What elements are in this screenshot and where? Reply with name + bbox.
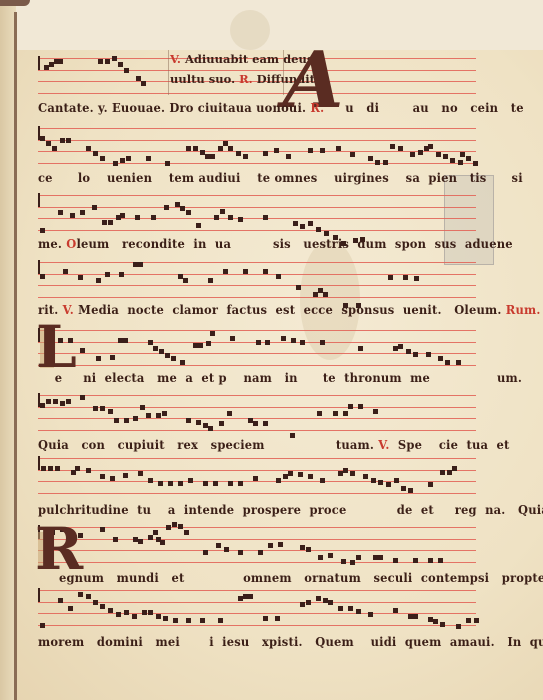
neume-note bbox=[40, 228, 45, 233]
neume-note bbox=[100, 406, 105, 411]
page-corner bbox=[0, 0, 30, 6]
lyric-text: pulchritudine tu a intende prospere proc… bbox=[38, 502, 543, 517]
lyric-line-4: rit. V. Media nocte clamor factus est ec… bbox=[38, 302, 541, 317]
neume-note bbox=[46, 141, 51, 146]
neume-note bbox=[428, 558, 433, 563]
staff-line bbox=[38, 625, 476, 626]
neume-note bbox=[203, 481, 208, 486]
staff-5 bbox=[38, 330, 476, 367]
neume-note bbox=[118, 62, 123, 67]
neume-note bbox=[116, 612, 121, 617]
neume-note bbox=[113, 537, 118, 542]
lyric-text: morem domini mei i iesu xpisti. Quem uid… bbox=[38, 634, 543, 649]
neume-note bbox=[426, 352, 431, 357]
lyric-text: rit. bbox=[38, 302, 58, 317]
neume-note bbox=[164, 205, 169, 210]
neume-note bbox=[162, 411, 167, 416]
neume-note bbox=[356, 609, 361, 614]
neume-note bbox=[308, 221, 313, 226]
neume-note bbox=[224, 547, 229, 552]
lyric-text: Spe cie tua et bbox=[390, 437, 510, 452]
neume-note bbox=[123, 338, 128, 343]
neume-note bbox=[80, 395, 85, 400]
lyric-line-7: pulchritudine tu a intende prospere proc… bbox=[38, 502, 543, 517]
bar-divider bbox=[168, 50, 169, 95]
neume-note bbox=[474, 618, 479, 623]
neume-note bbox=[223, 269, 228, 274]
neume-note bbox=[263, 215, 268, 220]
staff-line bbox=[38, 365, 476, 366]
neume-note bbox=[316, 596, 321, 601]
neume-note bbox=[186, 418, 191, 423]
neume-note bbox=[193, 146, 198, 151]
neume-note bbox=[436, 152, 441, 157]
neume-note bbox=[263, 421, 268, 426]
neume-note bbox=[278, 542, 283, 547]
neume-note bbox=[48, 466, 53, 471]
neume-note bbox=[390, 144, 395, 149]
neume-note bbox=[316, 227, 321, 232]
neume-note bbox=[196, 223, 201, 228]
neume-note bbox=[368, 612, 373, 617]
neume-note bbox=[378, 480, 383, 485]
neume-note bbox=[394, 478, 399, 483]
neume-note bbox=[86, 594, 91, 599]
neume-note bbox=[298, 472, 303, 477]
neume-note bbox=[248, 594, 253, 599]
neume-note bbox=[375, 160, 380, 165]
neume-note bbox=[52, 146, 57, 151]
neume-note bbox=[156, 413, 161, 418]
neume-note bbox=[288, 471, 293, 476]
lyric-text: e ni electa me a et p nam in te thronum … bbox=[38, 370, 522, 385]
neume-note bbox=[183, 278, 188, 283]
neume-note bbox=[208, 278, 213, 283]
neume-note bbox=[276, 478, 281, 483]
neume-note bbox=[180, 360, 185, 365]
neume-note bbox=[358, 346, 363, 351]
neume-note bbox=[452, 466, 457, 471]
neume-note bbox=[438, 356, 443, 361]
staff-line bbox=[38, 128, 476, 129]
neume-note bbox=[80, 348, 85, 353]
neume-note bbox=[159, 349, 164, 354]
neume-note bbox=[220, 209, 225, 214]
neume-note bbox=[110, 355, 115, 360]
lyric-line-3: me. Oleum recondite in ua sis uestris du… bbox=[38, 236, 513, 251]
neume-note bbox=[253, 421, 258, 426]
neume-note bbox=[86, 468, 91, 473]
neume-note bbox=[140, 405, 145, 410]
neume-note bbox=[124, 610, 129, 615]
staff-line bbox=[38, 458, 476, 459]
neume-note bbox=[341, 559, 346, 564]
neume-note bbox=[93, 406, 98, 411]
neume-note bbox=[158, 481, 163, 486]
neume-note bbox=[236, 151, 241, 156]
neume-note bbox=[253, 476, 258, 481]
neume-note bbox=[373, 409, 378, 414]
neume-note bbox=[413, 558, 418, 563]
neume-note bbox=[133, 416, 138, 421]
neume-note bbox=[40, 136, 45, 141]
staff-6 bbox=[38, 395, 476, 432]
neume-note bbox=[403, 275, 408, 280]
neume-note bbox=[393, 608, 398, 613]
neume-note bbox=[105, 272, 110, 277]
neume-note bbox=[473, 161, 478, 166]
neume-note bbox=[286, 154, 291, 159]
neume-note bbox=[165, 353, 170, 358]
staff-line bbox=[38, 274, 476, 275]
neume-note bbox=[70, 213, 75, 218]
lyric-text: Quia con cupiuit rex speciem tuam. bbox=[38, 437, 374, 452]
neume-note bbox=[126, 156, 131, 161]
lyric-line-8: egnum mundi et omnem ornatum seculi cont… bbox=[38, 570, 543, 585]
neume-note bbox=[428, 482, 433, 487]
staff-line bbox=[38, 163, 476, 164]
neume-note bbox=[78, 592, 83, 597]
neume-note bbox=[228, 146, 233, 151]
neume-note bbox=[100, 527, 105, 532]
neume-note bbox=[58, 598, 63, 603]
neume-note bbox=[98, 59, 103, 64]
neume-note bbox=[466, 618, 471, 623]
neume-note bbox=[393, 558, 398, 563]
staff-line bbox=[38, 297, 476, 298]
neume-note bbox=[206, 341, 211, 346]
neume-note bbox=[230, 336, 235, 341]
neume-note bbox=[119, 272, 124, 277]
staff-line bbox=[38, 430, 476, 431]
staff-2 bbox=[38, 128, 476, 165]
neume-note bbox=[213, 481, 218, 486]
neume-note bbox=[350, 560, 355, 565]
neume-note bbox=[68, 606, 73, 611]
neume-note bbox=[265, 340, 270, 345]
rubric-marker: O bbox=[62, 236, 76, 251]
neume-note bbox=[186, 210, 191, 215]
neume-note bbox=[358, 404, 363, 409]
neume-note bbox=[450, 158, 455, 163]
neume-note bbox=[243, 269, 248, 274]
rubric-marker: V. bbox=[374, 437, 389, 452]
neume-note bbox=[343, 411, 348, 416]
neume-note bbox=[208, 426, 213, 431]
neume-note bbox=[410, 152, 415, 157]
neume-note bbox=[138, 262, 143, 267]
rubric-text: uultu suo. bbox=[170, 72, 235, 86]
neume-note bbox=[318, 555, 323, 560]
neume-note bbox=[228, 481, 233, 486]
neume-note bbox=[138, 539, 143, 544]
lyric-line-9: morem domini mei i iesu xpisti. Quem uid… bbox=[38, 634, 543, 649]
neume-note bbox=[188, 478, 193, 483]
lyric-text: Media nocte clamor factus est ecce spons… bbox=[74, 302, 502, 317]
neume-note bbox=[333, 411, 338, 416]
parchment-stain bbox=[230, 10, 270, 50]
neume-note bbox=[386, 482, 391, 487]
neume-note bbox=[196, 420, 201, 425]
neume-note bbox=[180, 206, 185, 211]
staff-line bbox=[38, 470, 476, 471]
neume-note bbox=[146, 156, 151, 161]
neume-note bbox=[135, 215, 140, 220]
neume-note bbox=[78, 275, 83, 280]
lyric-line-1: Cantate. y. Euouae. Dro ciuitaua uonoui.… bbox=[38, 100, 524, 115]
neume-note bbox=[338, 606, 343, 611]
neume-note bbox=[300, 340, 305, 345]
neume-note bbox=[173, 618, 178, 623]
neume-note bbox=[320, 148, 325, 153]
neume-note bbox=[320, 478, 325, 483]
neume-note bbox=[210, 154, 215, 159]
neume-note bbox=[100, 156, 105, 161]
staff-line bbox=[38, 70, 476, 71]
staff-line bbox=[38, 395, 476, 396]
neume-note bbox=[466, 156, 471, 161]
neume-note bbox=[317, 411, 322, 416]
neume-note bbox=[108, 220, 113, 225]
neume-note bbox=[40, 274, 45, 279]
neume-note bbox=[203, 550, 208, 555]
neume-note bbox=[153, 346, 158, 351]
neume-note bbox=[148, 478, 153, 483]
lyric-text: ce lo uenien tem audiui te omnes uirgine… bbox=[38, 170, 523, 185]
neume-note bbox=[96, 278, 101, 283]
neume-note bbox=[275, 616, 280, 621]
neume-note bbox=[96, 356, 101, 361]
neume-note bbox=[40, 403, 45, 408]
neume-note bbox=[438, 558, 443, 563]
neume-note bbox=[86, 146, 91, 151]
neume-note bbox=[406, 349, 411, 354]
staff-line bbox=[38, 93, 476, 94]
neume-note bbox=[308, 148, 313, 153]
neume-note bbox=[92, 205, 97, 210]
neume-note bbox=[413, 352, 418, 357]
neume-note bbox=[443, 154, 448, 159]
neume-note bbox=[66, 399, 71, 404]
lyric-line-6: Quia con cupiuit rex speciem tuam. V. Sp… bbox=[38, 437, 510, 452]
staff-9 bbox=[38, 590, 476, 627]
neume-note bbox=[308, 474, 313, 479]
neume-note bbox=[218, 146, 223, 151]
lyric-text: Dro ciuitaua uonoui. bbox=[165, 100, 306, 115]
neume-note bbox=[153, 530, 158, 535]
c-clef-icon bbox=[38, 588, 40, 602]
neume-note bbox=[371, 478, 376, 483]
neume-note bbox=[328, 600, 333, 605]
neume-note bbox=[256, 340, 261, 345]
neume-note bbox=[238, 481, 243, 486]
neume-note bbox=[172, 522, 177, 527]
neume-note bbox=[63, 269, 68, 274]
neume-note bbox=[75, 466, 80, 471]
staff-4 bbox=[38, 262, 476, 299]
neume-note bbox=[160, 540, 165, 545]
neume-note bbox=[165, 161, 170, 166]
neume-note bbox=[178, 481, 183, 486]
neume-note bbox=[348, 606, 353, 611]
neume-note bbox=[60, 401, 65, 406]
neume-note bbox=[163, 616, 168, 621]
c-clef-icon bbox=[38, 193, 40, 207]
neume-note bbox=[238, 550, 243, 555]
response-marker: R. bbox=[239, 72, 253, 86]
neume-note bbox=[156, 614, 161, 619]
neume-note bbox=[243, 154, 248, 159]
neume-note bbox=[263, 269, 268, 274]
neume-note bbox=[398, 344, 403, 349]
neume-note bbox=[263, 616, 268, 621]
lyric-text: egnum mundi et omnem ornatum seculi cont… bbox=[38, 570, 543, 585]
neume-note bbox=[210, 331, 215, 336]
neume-note bbox=[378, 555, 383, 560]
neume-note bbox=[456, 360, 461, 365]
neume-note bbox=[276, 274, 281, 279]
neume-note bbox=[306, 600, 311, 605]
neume-note bbox=[46, 399, 51, 404]
staff-3 bbox=[38, 195, 476, 232]
rubric-marker: Rum. bbox=[502, 302, 541, 317]
neume-note bbox=[350, 152, 355, 157]
lyric-text: me. bbox=[38, 236, 62, 251]
neume-note bbox=[306, 547, 311, 552]
lyric-line-5: e ni electa me a et p nam in te thronum … bbox=[38, 370, 522, 385]
neume-note bbox=[80, 210, 85, 215]
neume-note bbox=[148, 535, 153, 540]
staff-line bbox=[38, 262, 476, 263]
neume-note bbox=[383, 160, 388, 165]
neume-note bbox=[124, 418, 129, 423]
neume-note bbox=[53, 399, 58, 404]
neume-note bbox=[200, 618, 205, 623]
neume-note bbox=[323, 292, 328, 297]
neume-note bbox=[445, 360, 450, 365]
rubric-marker: V. bbox=[58, 302, 73, 317]
neume-note bbox=[148, 340, 153, 345]
c-clef-icon bbox=[38, 56, 40, 70]
neume-note bbox=[58, 210, 63, 215]
staff-line bbox=[38, 285, 476, 286]
staff-line bbox=[38, 550, 476, 551]
neume-note bbox=[141, 81, 146, 86]
staff-line bbox=[38, 140, 476, 141]
staff-line bbox=[38, 590, 476, 591]
neume-note bbox=[184, 530, 189, 535]
neume-note bbox=[120, 213, 125, 218]
neume-note bbox=[151, 215, 156, 220]
neume-note bbox=[218, 618, 223, 623]
neume-note bbox=[398, 146, 403, 151]
neume-note bbox=[433, 619, 438, 624]
neume-note bbox=[58, 59, 63, 64]
neume-note bbox=[40, 623, 45, 628]
neume-note bbox=[148, 610, 153, 615]
staff-7 bbox=[38, 458, 476, 495]
staff-line bbox=[38, 602, 476, 603]
neume-note bbox=[66, 138, 71, 143]
staff-line bbox=[38, 207, 476, 208]
neume-note bbox=[171, 356, 176, 361]
lyric-line-2: ce lo uenien tem audiui te omnes uirgine… bbox=[38, 170, 523, 185]
neume-note bbox=[440, 622, 445, 627]
neume-note bbox=[214, 215, 219, 220]
staff-line bbox=[38, 418, 476, 419]
neume-note bbox=[460, 152, 465, 157]
neume-note bbox=[108, 409, 113, 414]
binding-edge bbox=[14, 12, 17, 700]
neume-note bbox=[418, 150, 423, 155]
staff-line bbox=[38, 230, 476, 231]
neume-note bbox=[458, 160, 463, 165]
neume-note bbox=[300, 224, 305, 229]
lyric-text: Cantate. y. Euouae. bbox=[38, 100, 165, 115]
neume-note bbox=[268, 543, 273, 548]
neume-note bbox=[388, 275, 393, 280]
neume-note bbox=[336, 146, 341, 151]
neume-note bbox=[296, 285, 301, 290]
neume-note bbox=[363, 474, 368, 479]
neume-note bbox=[138, 471, 143, 476]
neume-note bbox=[102, 220, 107, 225]
neume-note bbox=[198, 343, 203, 348]
neume-note bbox=[108, 608, 113, 613]
neume-note bbox=[328, 553, 333, 558]
neume-note bbox=[356, 555, 361, 560]
neume-note bbox=[456, 624, 461, 629]
neume-note bbox=[368, 156, 373, 161]
c-clef-icon bbox=[38, 260, 40, 274]
neume-note bbox=[408, 488, 413, 493]
neume-note bbox=[258, 550, 263, 555]
neume-note bbox=[166, 525, 171, 530]
neume-note bbox=[120, 158, 125, 163]
page-top-margin bbox=[16, 0, 543, 50]
neume-note bbox=[238, 217, 243, 222]
neume-note bbox=[114, 418, 119, 423]
staff-line bbox=[38, 562, 476, 563]
neume-note bbox=[216, 543, 221, 548]
neume-note bbox=[343, 468, 348, 473]
neume-note bbox=[291, 338, 296, 343]
neume-note bbox=[219, 421, 224, 426]
neume-note bbox=[123, 473, 128, 478]
neume-note bbox=[186, 618, 191, 623]
neume-note bbox=[100, 474, 105, 479]
neume-note bbox=[428, 144, 433, 149]
neume-note bbox=[55, 466, 60, 471]
lyric-text: leum recondite in ua sis uestris dum spo… bbox=[76, 236, 512, 251]
c-clef-icon bbox=[38, 456, 40, 470]
neume-note bbox=[440, 470, 445, 475]
neume-note bbox=[186, 146, 191, 151]
neume-note bbox=[178, 524, 183, 529]
neume-note bbox=[350, 471, 355, 476]
neume-note bbox=[60, 138, 65, 143]
neume-note bbox=[93, 151, 98, 156]
neume-note bbox=[320, 340, 325, 345]
neume-note bbox=[413, 614, 418, 619]
neume-note bbox=[228, 215, 233, 220]
manuscript-page: V. Adiuuabit eam deus uultu suo. R. Diff… bbox=[0, 0, 543, 700]
neume-note bbox=[281, 336, 286, 341]
neume-note bbox=[227, 411, 232, 416]
verse-marker: V. bbox=[170, 52, 181, 66]
neume-note bbox=[300, 602, 305, 607]
decorated-initial-L: L bbox=[36, 318, 77, 376]
